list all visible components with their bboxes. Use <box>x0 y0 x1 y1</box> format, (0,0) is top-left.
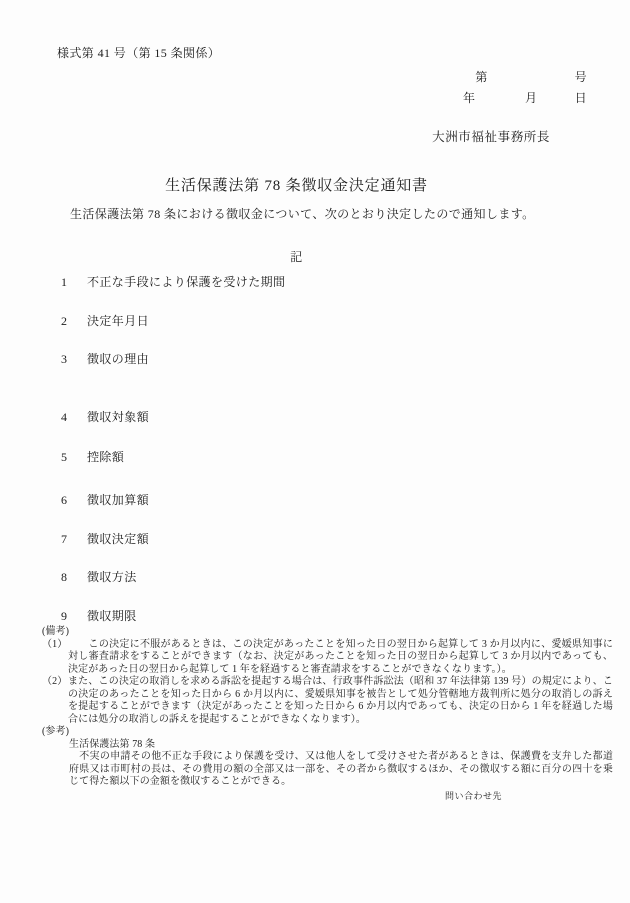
item-label: 徴収対象額 <box>87 410 149 424</box>
item-number: 5 <box>61 450 77 465</box>
document-page: 様式第 41 号（第 15 条関係） 第 号 年 月 日 大洲市福祉事務所長 生… <box>0 0 630 903</box>
note-text: この決定に不服があるときは、この決定があったことを知った日の翌日から起算して 3… <box>68 639 613 677</box>
list-item-8: 8徴収方法 <box>61 568 137 585</box>
item-label: 徴収方法 <box>87 570 137 584</box>
item-number: 6 <box>61 493 77 508</box>
reference-law-title: 生活保護法第 78 条 <box>42 739 613 752</box>
list-item-6: 6徴収加算額 <box>61 491 149 508</box>
remarks-heading: (備考) <box>42 626 613 639</box>
list-item-5: 5控除額 <box>61 448 124 465</box>
reference-heading: (参考) <box>42 726 613 739</box>
sender-title: 大洲市福祉事務所長 <box>432 127 550 145</box>
item-label: 不正な手段により保護を受けた期間 <box>87 275 285 289</box>
date-line: 年 月 日 <box>463 88 587 109</box>
item-label: 決定年月日 <box>87 314 149 328</box>
remarks-section: (備考) （1） この決定に不服があるときは、この決定があったことを知った日の翌… <box>42 626 613 789</box>
list-item-4: 4徴収対象額 <box>61 408 149 425</box>
item-number: 9 <box>61 609 77 624</box>
note-text: また、この決定の取消しを求める訴訟を提起する場合は、行政事件訴訟法（昭和 37 … <box>68 676 613 726</box>
reference-law-text: 不実の申請その他不正な手段により保護を受け、又は他人をして受けさせた者があるとき… <box>42 751 613 789</box>
list-item-3: 3徴収の理由 <box>61 350 149 367</box>
remark-note-2: （2） また、この決定の取消しを求める訴訟を提起する場合は、行政事件訴訟法（昭和… <box>42 676 613 726</box>
item-number: 4 <box>61 410 77 425</box>
list-item-2: 2決定年月日 <box>61 312 149 329</box>
item-label: 徴収加算額 <box>87 493 149 507</box>
item-label: 徴収期限 <box>87 609 137 623</box>
document-number-date-block: 第 号 年 月 日 <box>463 67 587 109</box>
note-label: （1） <box>42 639 67 652</box>
item-label: 徴収決定額 <box>87 532 149 546</box>
item-label: 徴収の理由 <box>87 352 149 366</box>
form-number: 様式第 41 号（第 15 条関係） <box>57 44 220 61</box>
item-number: 7 <box>61 532 77 547</box>
item-number: 3 <box>61 352 77 367</box>
list-item-7: 7徴収決定額 <box>61 530 149 547</box>
remark-note-1: （1） この決定に不服があるときは、この決定があったことを知った日の翌日から起算… <box>42 639 613 677</box>
item-number: 1 <box>61 275 77 290</box>
intro-paragraph: 生活保護法第 78 条における徴収金について、次のとおり決定したので通知します。 <box>70 205 535 222</box>
note-label: （2） <box>42 676 67 689</box>
page-title: 生活保護法第 78 条徴収金決定通知書 <box>30 174 563 195</box>
list-item-9: 9徴収期限 <box>61 607 137 624</box>
item-label: 控除額 <box>87 450 124 464</box>
list-item-1: 1不正な手段により保護を受けた期間 <box>61 273 285 290</box>
list-heading: 記 <box>30 248 563 265</box>
item-number: 2 <box>61 314 77 329</box>
contact-label: 問い合わせ先 <box>445 789 502 802</box>
document-number-line: 第 号 <box>463 67 587 88</box>
item-number: 8 <box>61 570 77 585</box>
